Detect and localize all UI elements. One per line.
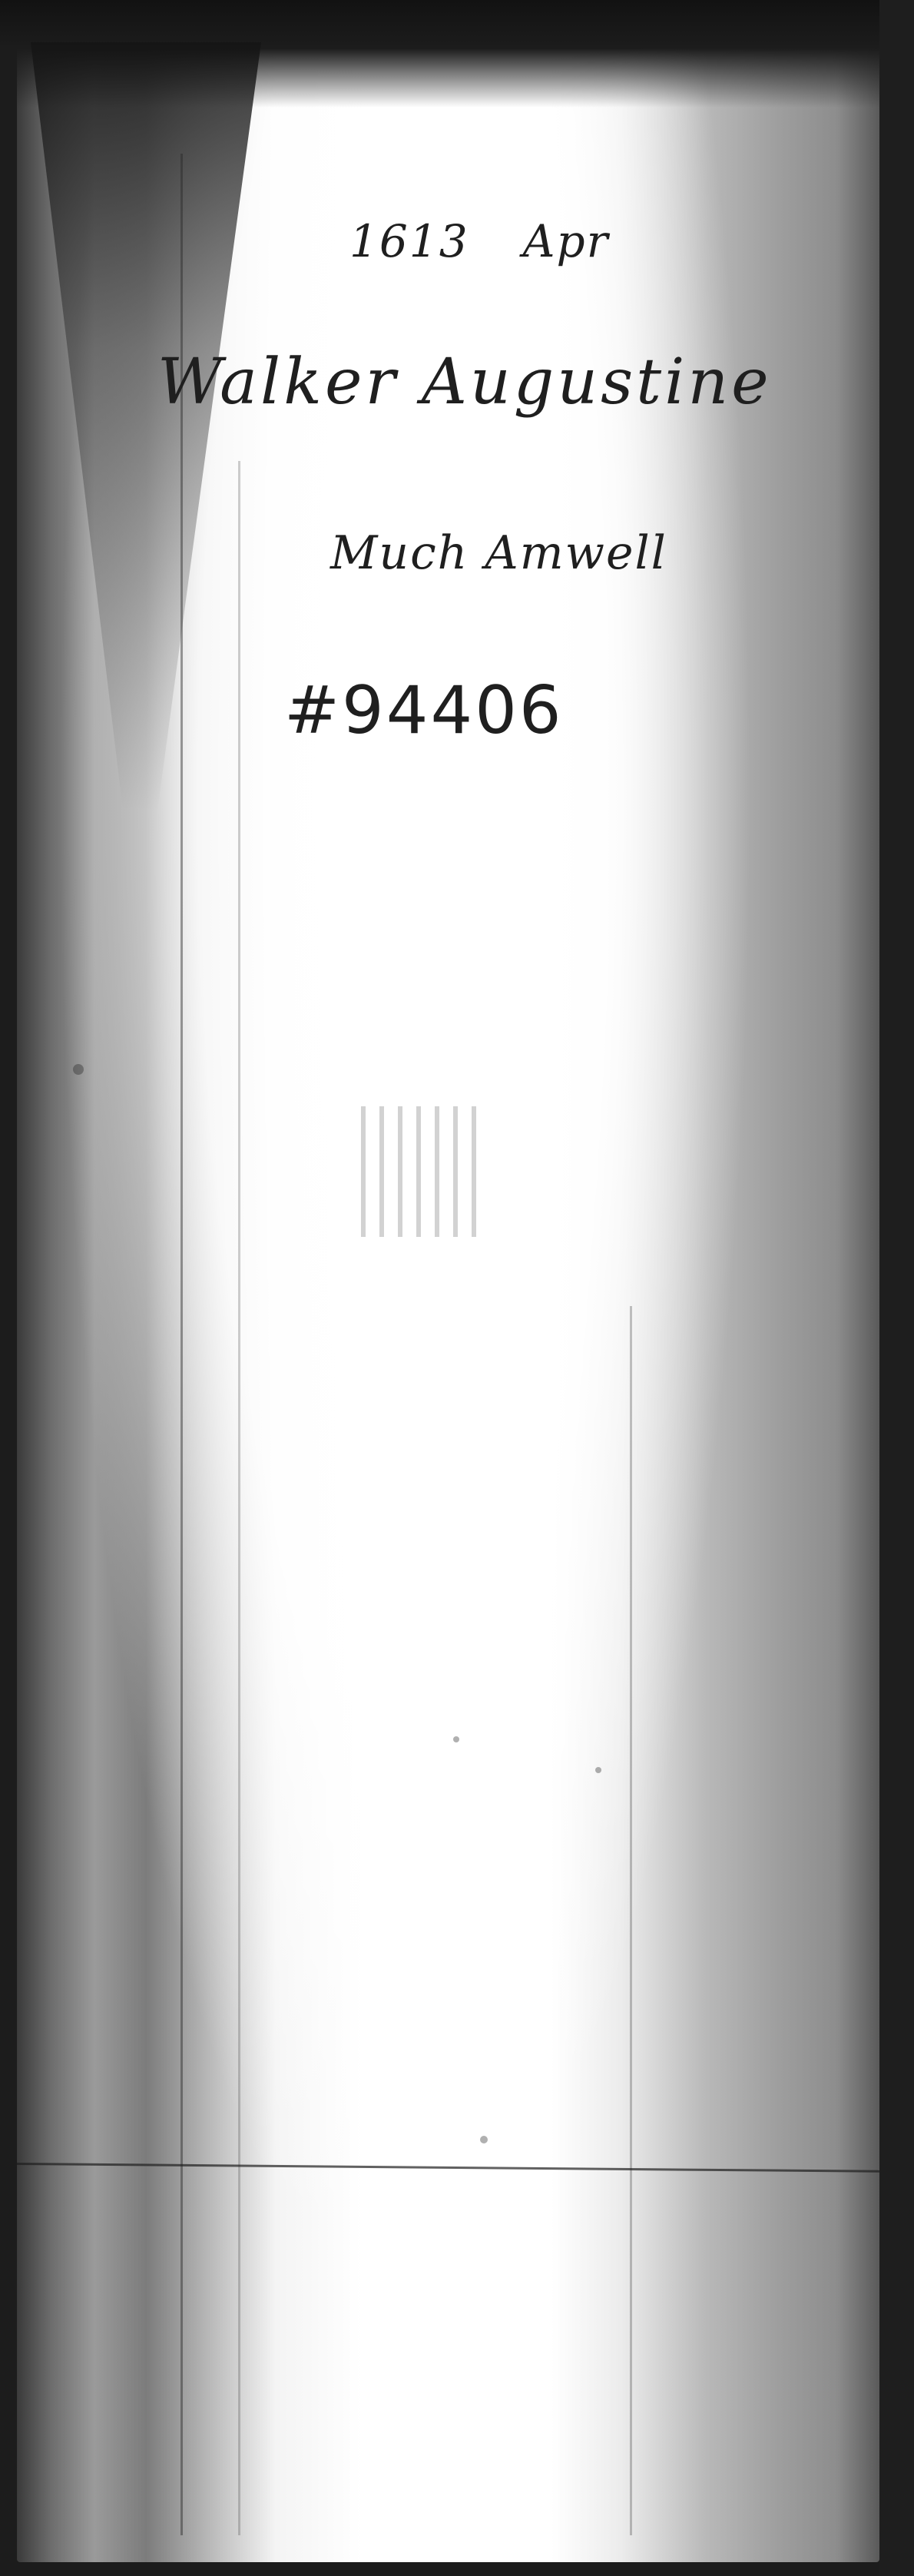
name-line: Walker Augustine xyxy=(157,346,772,419)
scan-right-border xyxy=(879,0,914,2576)
ink-spot xyxy=(480,2136,488,2143)
fold-line-right xyxy=(630,1306,632,2535)
fold-line-left xyxy=(180,154,183,2535)
ink-spot xyxy=(73,1064,84,1075)
abbreviation-text: Apr xyxy=(523,215,610,267)
ink-spot xyxy=(453,1736,459,1742)
date-line: 1613Apr xyxy=(349,215,609,267)
fold-line-left-2 xyxy=(238,461,240,2535)
catalog-number: #94406 xyxy=(284,672,564,749)
year-text: 1613 xyxy=(349,215,469,267)
bleed-through-mark xyxy=(361,1106,476,1237)
place-line: Much Amwell xyxy=(330,526,667,580)
ink-spot xyxy=(595,1767,601,1773)
